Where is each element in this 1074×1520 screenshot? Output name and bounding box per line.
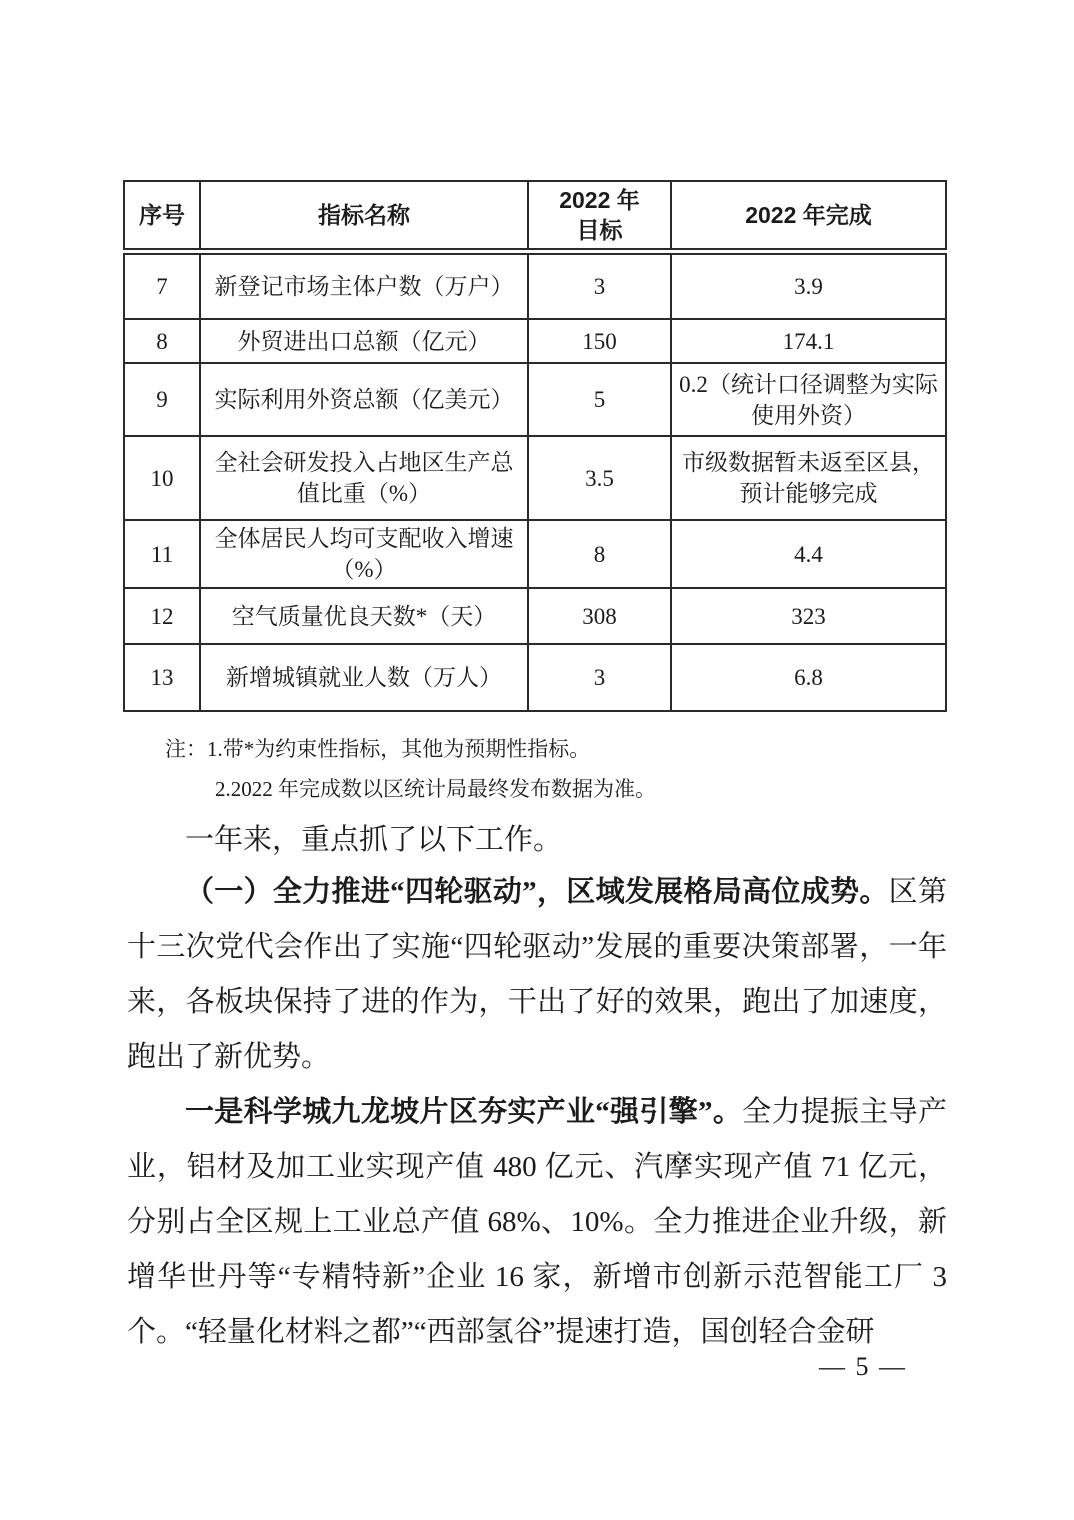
cell-no: 12 [124,588,200,644]
note-line: 2.2022 年完成数以区统计局最终发布数据为准。 [127,769,947,809]
cell-done: 市级数据暂未返至区县，预计能够完成 [671,436,946,520]
cell-done: 3.9 [671,251,946,319]
note-item-2: 2.2022 年完成数以区统计局最终发布数据为准。 [215,777,656,801]
table-row: 10 全社会研发投入占地区生产总值比重（%） 3.5 市级数据暂未返至区县，预计… [124,436,946,520]
cell-name: 全体居民人均可支配收入增速（%） [200,520,528,588]
cell-name: 实际利用外资总额（亿美元） [200,363,528,436]
cell-target: 5 [528,363,671,436]
note-line: 注：1.带*为约束性指标，其他为预期性指标。 [127,729,947,769]
header-target-line1: 2022 年 [535,185,664,215]
table-row: 7 新登记市场主体户数（万户） 3 3.9 [124,251,946,319]
page-number: — 5 — [819,1352,907,1382]
cell-done: 4.4 [671,520,946,588]
table-row: 8 外贸进出口总额（亿元） 150 174.1 [124,319,946,363]
paragraph-section-1: （一）全力推进“四轮驱动”，区域发展格局高位成势。区第十三次党代会作出了实施“四… [127,865,947,1085]
cell-target: 3 [528,644,671,711]
note-item-1: 1.带*为约束性指标，其他为预期性指标。 [207,737,590,761]
header-cell-done: 2022 年完成 [671,181,946,251]
table-header-row: 序号 指标名称 2022 年目标 2022 年完成 [124,181,946,251]
cell-target: 3.5 [528,436,671,520]
table-row: 13 新增城镇就业人数（万人） 3 6.8 [124,644,946,711]
paragraph-section-2: 一是科学城九龙坡片区夯实产业“强引擎”。全力提振主导产业，铝材及加工业实现产值 … [127,1085,947,1360]
cell-no: 11 [124,520,200,588]
cell-no: 9 [124,363,200,436]
cell-target: 3 [528,251,671,319]
cell-no: 7 [124,251,200,319]
document-content: 序号 指标名称 2022 年目标 2022 年完成 7 新登记市场主体户数（万户… [127,180,947,1360]
paragraph-1-lead: （一）全力推进“四轮驱动”，区域发展格局高位成势。 [185,876,889,908]
cell-target: 150 [528,319,671,363]
cell-name: 外贸进出口总额（亿元） [200,319,528,363]
cell-no: 10 [124,436,200,520]
cell-name: 新登记市场主体户数（万户） [200,251,528,319]
header-target-line2: 目标 [535,215,664,245]
cell-done: 174.1 [671,319,946,363]
indicator-table: 序号 指标名称 2022 年目标 2022 年完成 7 新登记市场主体户数（万户… [123,180,947,712]
cell-name: 新增城镇就业人数（万人） [200,644,528,711]
table-row: 11 全体居民人均可支配收入增速（%） 8 4.4 [124,520,946,588]
cell-done: 323 [671,588,946,644]
cell-no: 8 [124,319,200,363]
paragraph-2-lead: 一是科学城九龙坡片区夯实产业“强引擎”。 [185,1096,742,1128]
header-cell-target: 2022 年目标 [528,181,671,251]
cell-done: 0.2（统计口径调整为实际使用外资） [671,363,946,436]
intro-sentence: 一年来，重点抓了以下工作。 [127,815,947,865]
cell-name: 全社会研发投入占地区生产总值比重（%） [200,436,528,520]
header-cell-no: 序号 [124,181,200,251]
cell-target: 308 [528,588,671,644]
document-page: 序号 指标名称 2022 年目标 2022 年完成 7 新登记市场主体户数（万户… [0,0,1074,1520]
cell-target: 8 [528,520,671,588]
header-cell-name: 指标名称 [200,181,528,251]
table-row: 9 实际利用外资总额（亿美元） 5 0.2（统计口径调整为实际使用外资） [124,363,946,436]
paragraph-2-body: 全力提振主导产业，铝材及加工业实现产值 480 亿元、汽摩实现产值 71 亿元，… [127,1096,947,1348]
cell-no: 13 [124,644,200,711]
note-prefix: 注： [165,737,207,761]
cell-done: 6.8 [671,644,946,711]
cell-name: 空气质量优良天数*（天） [200,588,528,644]
table-notes: 注：1.带*为约束性指标，其他为预期性指标。 2.2022 年完成数以区统计局最… [127,729,947,809]
table-row: 12 空气质量优良天数*（天） 308 323 [124,588,946,644]
